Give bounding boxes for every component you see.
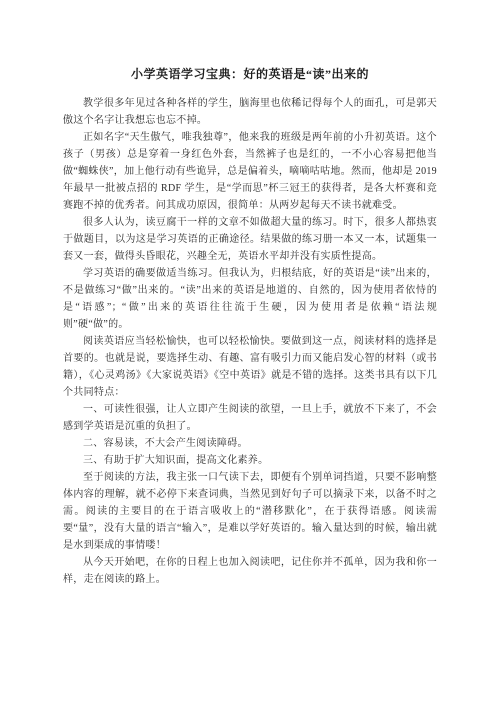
document-title: 小学英语学习宝典：好的英语是“读”出来的 [63,66,437,82]
paragraph: 正如名字“天生傲气，唯我独尊”，他来我的班级是两年前的小升初英语。这个孩子（男孩… [63,129,437,214]
document-page: 小学英语学习宝典：好的英语是“读”出来的 教学很多年见过各种各样的学生，脑海里也… [0,0,500,707]
paragraph: 学习英语的确要做适当练习。但我认为，归根结底，好的英语是“读”出来的，不是做练习… [63,265,437,333]
paragraph: 二、容易读，不大会产生阅读障碍。 [63,435,437,452]
paragraph: 阅读英语应当轻松愉快，也可以轻松愉快。要做到这一点，阅读材料的选择是首要的。也就… [63,333,437,401]
document-body: 教学很多年见过各种各样的学生，脑海里也依稀记得每个人的面孔，可是郭天傲这个名字让… [63,95,437,588]
paragraph: 一、可读性很强，让人立即产生阅读的欲望，一旦上手，就放不下来了，不会感到学英语是… [63,401,437,435]
paragraph: 很多人认为，读豆腐干一样的文章不如做超大量的练习。时下，很多人都热衷于做题目，以… [63,214,437,265]
paragraph: 至于阅读的方法，我主张一口气读下去，即便有个别单词挡道，只要不影响整体内容的理解… [63,469,437,554]
paragraph: 三、有助于扩大知识面，提高文化素养。 [63,452,437,469]
paragraph: 从今天开始吧，在你的日程上也加入阅读吧，记住你并不孤单，因为我和你一样，走在阅读… [63,554,437,588]
paragraph: 教学很多年见过各种各样的学生，脑海里也依稀记得每个人的面孔，可是郭天傲这个名字让… [63,95,437,129]
